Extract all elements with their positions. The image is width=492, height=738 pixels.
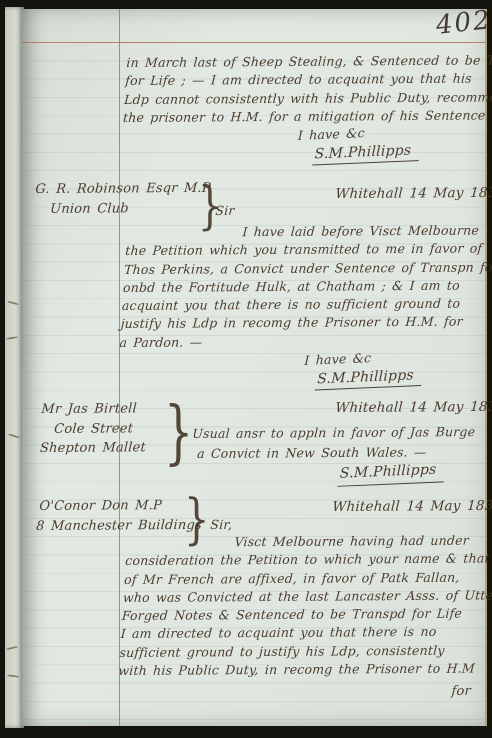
catchword: for <box>451 683 472 701</box>
letter-book-page-scan: 402 in March last of Sheep Stealing, & S… <box>0 0 492 738</box>
body-line: Ldp cannot consistently with his Public … <box>124 88 487 109</box>
letter-3-body: Usual ansr to appln in favor of Jas Burg… <box>189 422 492 486</box>
ink-bleed-mark <box>7 674 19 678</box>
dateline: Whitehall 14 May 1834 <box>335 184 492 203</box>
letter-4-recipient: O'Conor Don M.P 8 Manchester Buildings <box>36 496 204 536</box>
dateline: Whitehall 14 May 1834 <box>335 398 492 417</box>
recipient-line: Mr Jas Birtell <box>41 399 149 419</box>
recipient-line: G. R. Robinson Esqr M.P <box>35 179 212 200</box>
signature-line: S.M.Phillipps <box>117 368 482 389</box>
salutation: Sir <box>215 202 235 220</box>
body-line: for Life ; — I am directed to acquaint y… <box>125 70 488 91</box>
letter-1-body: in March last of Sheep Stealing, & Sente… <box>120 51 489 163</box>
letter-2-recipient: G. R. Robinson Esqr M.P Union Club <box>34 179 212 219</box>
body-line: Thos Perkins, a Convict under Sentence o… <box>124 258 489 279</box>
recipient-line: Shepton Mallet <box>38 438 146 458</box>
letter-2-body: I have laid before Visct Melbourne the P… <box>117 221 492 388</box>
recipient-line: Cole Street <box>40 419 148 439</box>
body-line: with his Public Duty, in recomg the Pris… <box>118 660 485 681</box>
body-line: a Convict in New South Wales. — <box>191 441 492 463</box>
signature-line: S.M.Phillipps <box>189 461 491 486</box>
ink-bleed-mark <box>7 301 19 306</box>
body-line: the Petition which you transmitted to me… <box>125 240 490 261</box>
signature: S.M.Phillipps <box>337 460 444 486</box>
body-line: of Mr French are affixed, in favor of Pa… <box>124 568 491 589</box>
body-line: I am directed to acquaint you that there… <box>120 623 487 644</box>
dateline: Whitehall 14 May 1834 <box>332 497 492 516</box>
ink-bleed-mark <box>6 336 18 340</box>
body-line: consideration the Petition to which your… <box>125 550 492 571</box>
recipient-line: Union Club <box>34 198 211 219</box>
body-line: Usual ansr to appln in favor of Jas Burg… <box>192 422 492 444</box>
recipient-line: O'Conor Don M.P <box>37 496 204 517</box>
body-line: justify his Ldp in recomg the Prisoner t… <box>120 313 485 334</box>
brace: } <box>164 397 193 466</box>
body-line: the prisoner to H.M. for a mitigation of… <box>122 106 485 127</box>
letter-3-recipient: Mr Jas Birtell Cole Street Shepton Malle… <box>38 399 149 458</box>
signature-line: S.M.Phillipps <box>120 143 483 164</box>
header-rule-horizontal <box>22 42 485 43</box>
ink-bleed-mark <box>8 433 20 439</box>
ink-bleed-mark <box>6 646 18 650</box>
letter-4-body: Visct Melbourne having had under conside… <box>118 531 492 680</box>
page-number: 402 <box>435 5 492 41</box>
salutation: Sir, <box>210 516 233 534</box>
